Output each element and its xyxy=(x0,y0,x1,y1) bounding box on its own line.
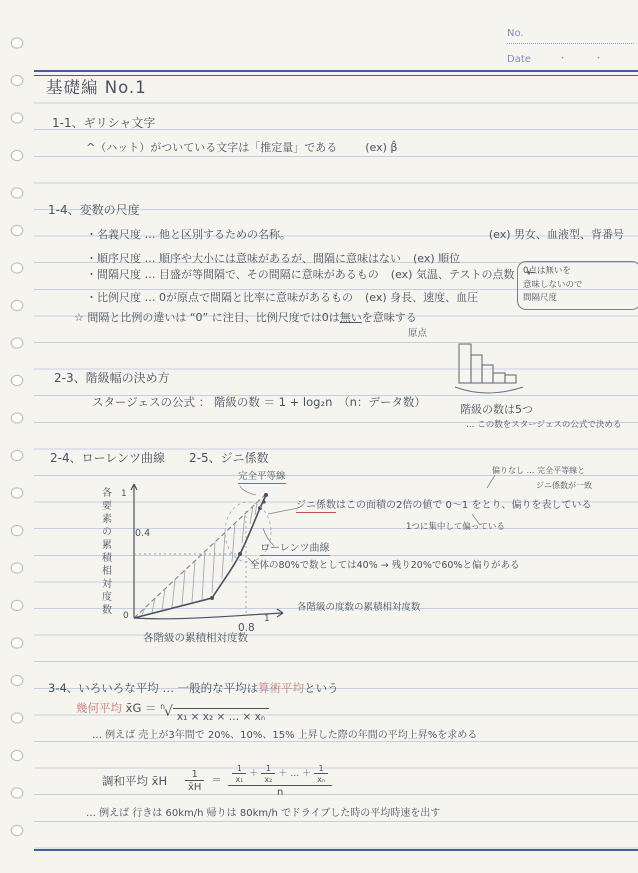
scale-item-nominal: ・名義尺度 … 他と区別するための名称。 (ex) 男女、血液型、背番号 xyxy=(86,226,630,242)
arithmetic-mean-term: 算術平均 xyxy=(258,681,304,695)
star-note-post: を意味する xyxy=(362,311,417,324)
geometric-mean-example: … 例えば 売上が3年間で 20%、10%、15% 上昇した際の年間の平均上昇%… xyxy=(92,730,477,743)
gini-note-rest: はこの面積の2倍の値で 0〜1 をとり、偏りを表している xyxy=(336,500,591,511)
x-axis-label: 各階級の度数の累積相対度数 xyxy=(297,602,421,614)
scale-item-ordinal: ・順序尺度 … 順序や大小には意味があるが、間隔に意味はない (ex) 順位 xyxy=(86,250,460,266)
rhs-denominator: n xyxy=(228,785,332,799)
plus-ellipsis: ＋ … ＋ xyxy=(278,769,311,779)
origin-tick: 0 xyxy=(123,611,129,622)
x-tick-1: 1 xyxy=(264,614,270,625)
histogram-sketch xyxy=(452,338,542,402)
term-n: 1xₙ xyxy=(314,764,328,784)
x-axis-label-2: 各階級の累積相対度数 xyxy=(143,632,248,645)
no-dotted-line xyxy=(507,43,634,44)
margin-note-line: 0点は無いを xyxy=(523,265,635,279)
harmonic-mean-formula: 1 x̄H ＝ 1x₁ ＋ 1x₂ ＋ … ＋ 1xₙ n xyxy=(185,764,332,799)
gini-term: ジニ係数 xyxy=(296,500,336,513)
geometric-mean-symbol: x̄G ＝ xyxy=(126,701,157,715)
scale-item-text: ・比例尺度 … 0が原点で間隔と比率に意味があるもの xyxy=(86,289,353,305)
radical-sign: √ xyxy=(164,705,173,719)
scale-item-ex: (ex) 男女、血液型、背番号 xyxy=(489,226,624,242)
equality-line-label-text: 完全平等線 xyxy=(238,471,286,484)
plus-sign: ＋ xyxy=(249,769,258,779)
term-1: 1x₁ xyxy=(232,764,246,784)
binder-holes xyxy=(3,24,31,846)
margin-note-line: 意味しないので xyxy=(523,279,635,293)
lhs-numerator: 1 xyxy=(189,769,201,781)
star-note-underlined: 無い xyxy=(340,311,362,324)
gini-note: ジニ係数はこの面積の2倍の値で 0〜1 をとり、偏りを表している xyxy=(296,500,591,513)
equals-sign: ＝ xyxy=(211,775,221,788)
term-num: 1 xyxy=(316,764,327,773)
y-axis xyxy=(131,484,137,618)
scale-item-ratio: ・比例尺度 … 0が原点で間隔と比率に意味があるもの (ex) 身長、速度、血圧 xyxy=(86,289,478,305)
section-1-4-heading: 1-4、変数の尺度 xyxy=(48,203,140,218)
equality-line-label: 完全平等線 xyxy=(238,471,286,483)
scale-item-ex: (ex) 身長、速度、血圧 xyxy=(365,289,478,305)
scale-item-text: ・順序尺度 … 順序や大小には意味があるが、間隔に意味はない xyxy=(86,250,401,266)
term-den: x₂ xyxy=(261,773,275,784)
y-tick-0-4: 0.4 xyxy=(135,528,150,540)
star-note: ☆ 間隔と比例の違いは “0” に注目、比例尺度では0は無いを意味する xyxy=(74,311,417,325)
margin-note-box: 0点は無いを 意味しないので 間隔尺度 xyxy=(517,261,638,310)
margin-note-line: 間隔尺度 xyxy=(523,292,635,306)
hatching xyxy=(142,503,257,615)
bottom-rule xyxy=(34,849,638,851)
scale-item-text: ・名義尺度 … 他と区別するための名称。 xyxy=(86,226,291,242)
section-2-3-heading: 2-3、階級幅の決め方 xyxy=(54,371,170,386)
harmonic-mean-label: 調和平均 x̄H xyxy=(102,774,167,788)
star-note-pre: ☆ 間隔と比例の違いは “0” に注目、比例尺度では0は xyxy=(74,311,340,324)
no-bias-note-2: ジニ係数が一致 xyxy=(536,481,592,491)
radical-index: n xyxy=(160,702,165,711)
section-3-4-heading: 3-4、いろいろな平均 … 一般的な平均は算術平均という xyxy=(48,681,339,695)
scale-item-interval: ・間隔尺度 … 目盛が等間隔で、その間隔に意味があるもの (ex) 気温、テスト… xyxy=(86,266,536,282)
hat-note-row: ^（ハット）がついている文字は「推定量」である (ex) β̂ xyxy=(86,141,397,155)
section-2-4-heading: 2-4、ローレンツ曲線 2-5、ジニ係数 xyxy=(50,451,269,466)
origin-label: 原点 xyxy=(408,328,427,340)
geometric-mean-formula: 幾何平均 x̄G ＝ n√x₁ × x₂ × … × xₙ xyxy=(76,701,269,721)
no-bias-note-1: 偏りなし … 完全平等線と xyxy=(492,466,585,476)
term-num: 1 xyxy=(263,764,274,773)
geometric-mean-label: 幾何平均 xyxy=(76,701,122,715)
rhs-numerator: 1x₁ ＋ 1x₂ ＋ … ＋ 1xₙ xyxy=(228,764,332,785)
lhs-denominator: x̄H xyxy=(185,780,204,794)
percentage-note: 全体の80%で数としては40% → 残り20%で60%と偏りがある xyxy=(250,560,519,572)
harmonic-mean-example: … 例えば 行きは 60km/h 帰りは 80km/h でドライブした時の平均時… xyxy=(86,808,440,821)
lorenz-curve-label-text: ローレンツ曲線 xyxy=(260,543,330,556)
lhs-fraction: 1 x̄H xyxy=(185,769,204,794)
date-dots: ・ ・ xyxy=(558,54,603,65)
notebook-page: No. Date ・ ・ 基礎編 No.1 1-1、ギリシャ文字 ^（ハット）が… xyxy=(0,0,638,873)
bias-note: 1つに集中して偏っている xyxy=(406,522,505,533)
term-num: 1 xyxy=(234,764,245,773)
term-den: x₁ xyxy=(232,773,246,784)
y-axis-label: 各要素の累積相対度数 xyxy=(98,487,111,637)
x-axis xyxy=(134,609,283,619)
radicand: x₁ × x₂ × … × xₙ xyxy=(173,708,269,724)
histogram-brace xyxy=(455,387,523,393)
heading-post: という xyxy=(304,681,339,695)
heading-pre: 3-4、いろいろな平均 … 一般的な平均は xyxy=(48,681,258,695)
histogram-bars xyxy=(459,344,516,383)
hat-note: ^（ハット）がついている文字は「推定量」である xyxy=(86,141,337,155)
hat-example: (ex) β̂ xyxy=(365,141,397,155)
section-1-1-heading: 1-1、ギリシャ文字 xyxy=(52,116,155,131)
histogram-caption-1: 階級の数は5つ xyxy=(460,403,533,417)
y-tick-1: 1 xyxy=(121,489,127,500)
term-den: xₙ xyxy=(314,773,328,784)
harmonic-mean-label-text: 調和平均 xyxy=(102,774,148,788)
harmonic-mean-symbol: x̄H xyxy=(152,774,167,788)
term-2: 1x₂ xyxy=(261,764,275,784)
no-label: No. xyxy=(507,28,524,41)
scale-item-text: ・間隔尺度 … 目盛が等間隔で、その間隔に意味があるもの xyxy=(86,266,379,282)
rhs-fraction: 1x₁ ＋ 1x₂ ＋ … ＋ 1xₙ n xyxy=(228,764,332,799)
top-double-rule xyxy=(34,70,638,76)
histogram-caption-2: … この数をスタージェスの公式で決める xyxy=(466,420,621,431)
lorenz-curve-label: ローレンツ曲線 xyxy=(260,543,330,556)
scale-item-ex: (ex) 順位 xyxy=(413,250,460,266)
radical: n√x₁ × x₂ × … × xₙ xyxy=(160,705,269,721)
scale-item-ex: (ex) 気温、テストの点数 xyxy=(391,266,515,282)
page-title: 基礎編 No.1 xyxy=(46,78,147,99)
date-label: Date xyxy=(507,54,531,67)
sturges-formula: スタージェスの公式 ： 階級の数 ＝ 1 + log₂n （n：データ数） xyxy=(92,395,426,409)
